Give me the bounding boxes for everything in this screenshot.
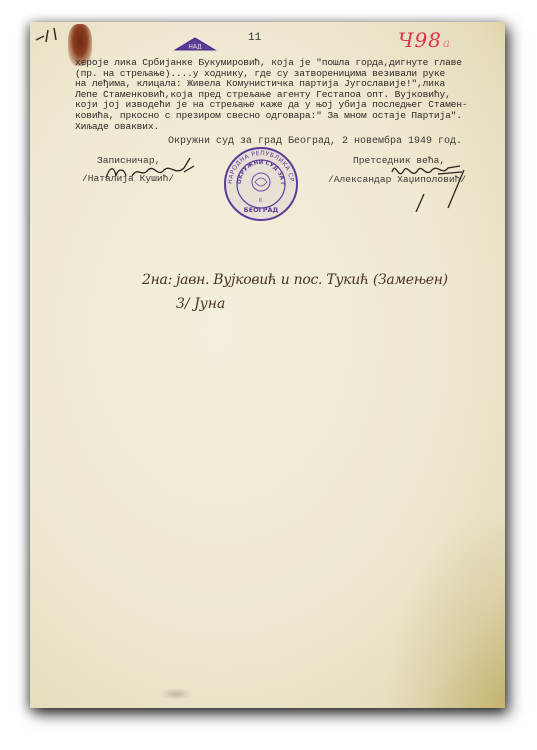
page-number: 11 — [248, 32, 261, 44]
archive-number-main: Ч98 — [398, 28, 442, 52]
document-page: НАД 11 Ч98а хероје лика Србијанке Букуми… — [30, 22, 505, 708]
seal-center-text: II. — [259, 198, 264, 204]
handwritten-note-line-1: 2на: јавн. Вујковић и пос. Тукић (Замење… — [142, 269, 448, 291]
handwritten-note: 2на: јавн. Вујковић и пос. Тукић (Замење… — [142, 269, 502, 329]
handwritten-note-line-2: 3/ Јуна — [176, 293, 225, 315]
archive-number-suffix: а — [443, 36, 451, 50]
president-signature-icon — [388, 160, 484, 212]
body-line: Хиљаде оваквих. — [75, 122, 505, 133]
court-seal-icon: НАРОДНА РЕПУБЛИКА СРБИЈА ОКРУЖНИ СУД ЗА … — [223, 146, 299, 222]
svg-text:НАД: НАД — [188, 44, 202, 51]
top-oval-stamp-icon: НАД — [172, 37, 218, 51]
archive-number: Ч98а — [398, 28, 451, 52]
body-text: хероје лика Србијанке Букумировић, која … — [75, 58, 505, 132]
smudge-mark — [160, 688, 192, 700]
body-line: ковића, пркосно с презиром свесно одгова… — [75, 111, 505, 122]
recorder-signature-icon — [98, 156, 208, 184]
seal-bottom-text: БЕОГРАД — [244, 206, 279, 214]
place-date-line: Окружни суд за град Београд, 2 новембра … — [168, 136, 462, 147]
body-line: хероје лика Србијанке Букумировић, која … — [75, 58, 505, 69]
corner-marks — [34, 26, 64, 56]
